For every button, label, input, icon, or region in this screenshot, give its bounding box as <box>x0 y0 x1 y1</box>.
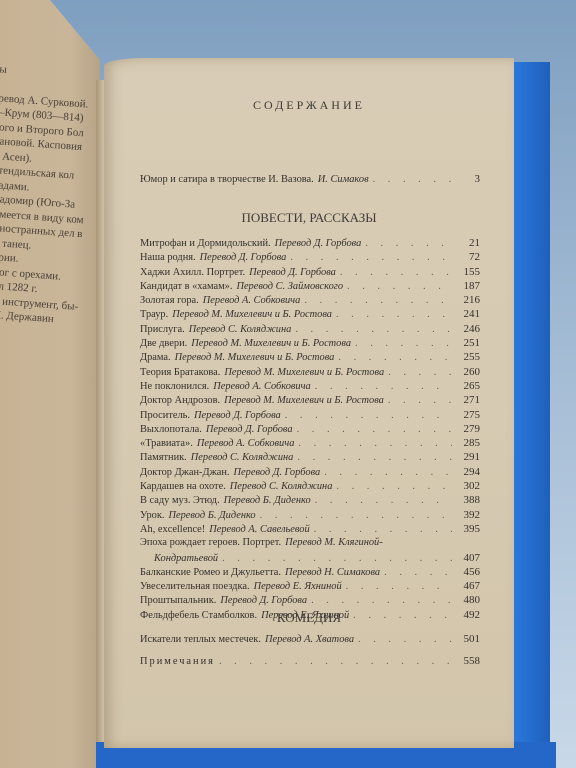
stories-list: Митрофан и Дормидольский.Перевод Д. Горб… <box>140 236 480 622</box>
toc-row: Памятник.Перевод С. Коляджина291 <box>140 450 480 464</box>
toc-row: В саду муз. Этюд.Перевод Б. Диденко388 <box>140 493 480 507</box>
toc-row: Две двери.Перевод М. Михелевич и Б. Рост… <box>140 336 480 350</box>
toc-row: Проситель.Перевод Д. Горбова275 <box>140 408 480 422</box>
toc-row: Эпоха рождает героев. Портрет.Перевод М.… <box>140 536 480 565</box>
left-page: нныеревод А. Сурковой.—Крум (803—814)рог… <box>0 0 100 768</box>
toc-row: Траур.Перевод М. Михелевич и Б. Ростова2… <box>140 307 480 321</box>
toc-row: Кандидат в «хамам».Перевод С. Займовског… <box>140 279 480 293</box>
toc-row: Ah, excellence!Перевод А. Савельевой395 <box>140 522 480 536</box>
toc-row: Прислуга.Перевод С. Колядж­ина246 <box>140 322 480 336</box>
toc-row: «Травиата».Перевод А. Собковича285 <box>140 436 480 450</box>
toc-row: Урок.Перевод Б. Диденко392 <box>140 508 480 522</box>
toc-row: Примечания 558 <box>140 654 480 668</box>
section-heading-comedy: КОМЕДИЯ <box>104 610 514 626</box>
toc-row: Золотая гора.Перевод А. Собковича216 <box>140 293 480 307</box>
toc-row: Доктор Джан-Джан.Перевод Д. Горбова294 <box>140 465 480 479</box>
toc-row: Доктор Андрозов.Перевод М. Михелевич и Б… <box>140 393 480 407</box>
toc-row: Митрофан и Дормидольский.Перевод Д. Горб… <box>140 236 480 250</box>
toc-row: Юмор и сатира в творчестве И. Вазова. И.… <box>140 172 480 186</box>
contents-page: СОДЕРЖАНИЕ Юмор и сатира в творчестве И.… <box>104 58 514 748</box>
toc-row: Выхлопотала.Перевод Д. Горбова279 <box>140 422 480 436</box>
notes-entry: Примечания 558 <box>140 654 480 668</box>
comedy-list: Искатели теплых местечек.Перевод А. Хват… <box>140 632 480 646</box>
toc-row: Драма.Перевод М. Михелевич и Б. Ростова2… <box>140 350 480 364</box>
toc-row: Не поклонился.Перевод А. Собковича265 <box>140 379 480 393</box>
page-title: СОДЕРЖАНИЕ <box>104 98 514 113</box>
toc-row: Искатели теплых местечек.Перевод А. Хват… <box>140 632 480 646</box>
toc-row: Наша родня.Перевод Д. Горбова72 <box>140 250 480 264</box>
section-heading-stories: ПОВЕСТИ, РАССКАЗЫ <box>104 210 514 226</box>
toc-row: Проштыпальник.Перевод Д. Горбова480 <box>140 593 480 607</box>
toc-row: Кардашев на охоте.Перевод С. Коляджина30… <box>140 479 480 493</box>
toc-row: Хаджи Ахилл. Портрет.Перевод Д. Горбова1… <box>140 265 480 279</box>
toc-row: Балканские Ромео и Джульетта.Перевод Н. … <box>140 565 480 579</box>
toc-row: Теория Братакова.Перевод М. Михелевич и … <box>140 365 480 379</box>
intro-entry: Юмор и сатира в творчестве И. Вазова. И.… <box>140 172 480 186</box>
toc-row: Увеселительная поездка.Перевод Е. Яхнино… <box>140 579 480 593</box>
